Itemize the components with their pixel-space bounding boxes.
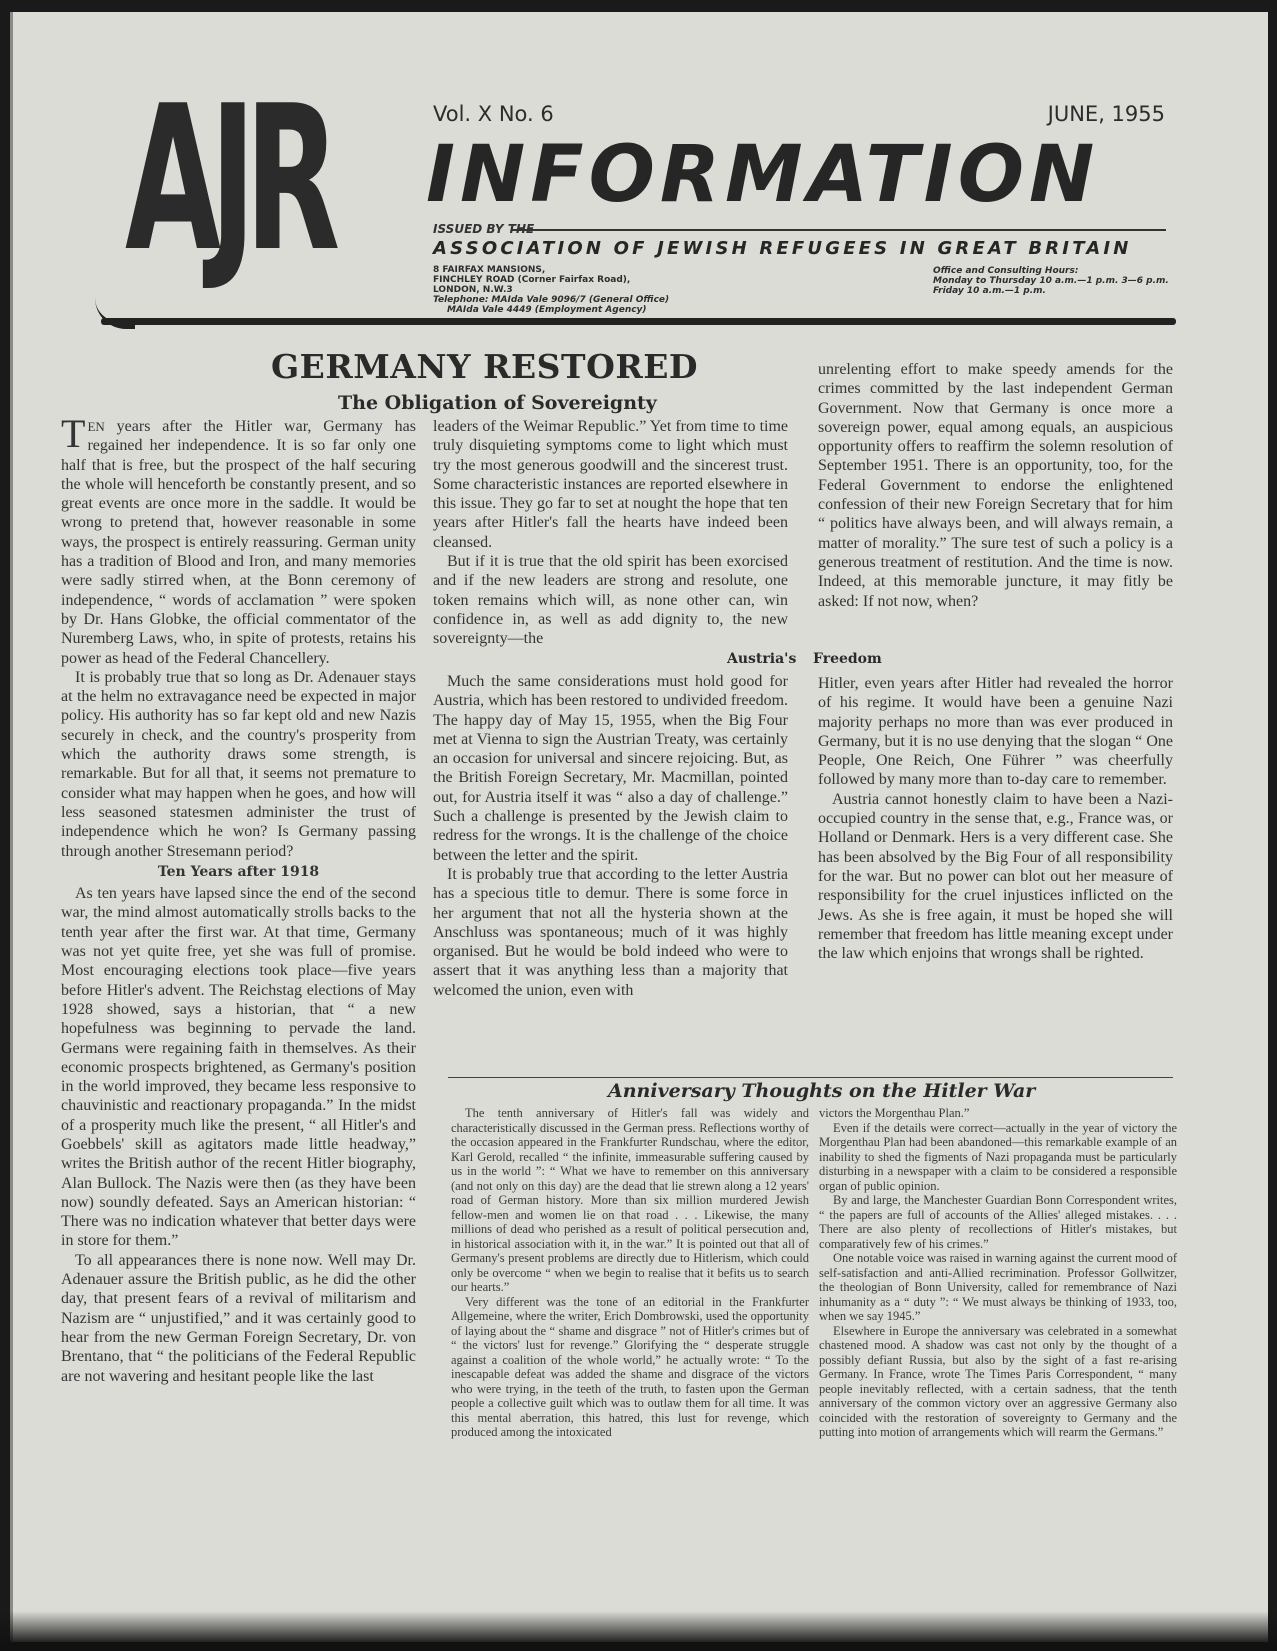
anniversary-column-2: victors the Morgenthau Plan.” Even if th… xyxy=(819,1106,1177,1440)
paragraph: By and large, the Manchester Guardian Bo… xyxy=(819,1193,1177,1251)
masthead-title: INFORMATION xyxy=(426,130,1099,220)
anniversary-column-1: The tenth anniversary of Hitler's fall w… xyxy=(451,1106,809,1440)
section-divider xyxy=(448,1077,1173,1078)
issued-by-rule xyxy=(511,229,1166,231)
office-hours: Office and Consulting Hours: Monday to T… xyxy=(933,266,1169,296)
article-column-3: unrelenting effort to make speedy amends… xyxy=(818,360,1173,611)
section-heading-part: Austria's xyxy=(727,651,796,667)
article-subheadline: The Obligation of Sovereignty xyxy=(338,392,657,414)
paragraph: Austria cannot honestly claim to have be… xyxy=(818,790,1173,964)
issue-date: JUNE, 1955 xyxy=(1048,102,1165,126)
page-edge-shadow xyxy=(0,1611,1277,1651)
paragraph: victors the Morgenthau Plan.” xyxy=(819,1106,1177,1121)
paragraph: Hitler, even years after Hitler had reve… xyxy=(818,674,1173,790)
paragraph: The tenth anniversary of Hitler's fall w… xyxy=(451,1106,809,1295)
anniversary-heading: Anniversary Thoughts on the Hitler War xyxy=(608,1080,1035,1102)
drop-cap: T xyxy=(61,419,85,449)
article-column-3-continued: Hitler, even years after Hitler had reve… xyxy=(818,674,1173,963)
address-line: LONDON, N.W.3 xyxy=(433,285,669,295)
paragraph: But if it is true that the old spirit ha… xyxy=(433,552,788,648)
paragraph: One notable voice was raised in warning … xyxy=(819,1251,1177,1324)
paragraph: It is probably true that so long as Dr. … xyxy=(61,668,416,861)
paragraph: Even if the details were correct—actuall… xyxy=(819,1121,1177,1194)
article-column-2-continued: Much the same considerations must hold g… xyxy=(433,672,788,1000)
paragraph: It is probably true that according to th… xyxy=(433,865,788,1000)
section-heading: Ten Years after 1918 xyxy=(61,863,416,882)
address-line: 8 FAIRFAX MANSIONS, xyxy=(433,265,669,275)
volume-number: Vol. X No. 6 xyxy=(433,102,554,126)
telephone-line: Telephone: MAIda Vale 9096/7 (General Of… xyxy=(433,295,669,305)
newspaper-page: AJR Vol. X No. 6 JUNE, 1955 INFORMATION … xyxy=(10,12,1268,1642)
paragraph: Very different was the tone of an editor… xyxy=(451,1295,809,1440)
paragraph: TEN years after the Hitler war, Germany … xyxy=(61,417,416,668)
paragraph: To all appearances there is none now. We… xyxy=(61,1251,416,1386)
hours-line: Friday 10 a.m.—1 p.m. xyxy=(933,286,1169,296)
ajr-logo: AJR xyxy=(125,100,311,260)
association-name: ASSOCIATION OF JEWISH REFUGEES IN GREAT … xyxy=(433,238,1132,259)
paragraph: unrelenting effort to make speedy amends… xyxy=(818,360,1173,611)
paragraph: Much the same considerations must hold g… xyxy=(433,672,788,865)
hours-line: Monday to Thursday 10 a.m.—1 p.m. 3—6 p.… xyxy=(933,276,1169,286)
hours-line: Office and Consulting Hours: xyxy=(933,266,1169,276)
paragraph: leaders of the Weimar Republic.” Yet fro… xyxy=(433,417,788,552)
address-line: FINCHLEY ROAD (Corner Fairfax Road), xyxy=(433,275,669,285)
masthead-rule xyxy=(101,318,1176,325)
article-column-2: leaders of the Weimar Republic.” Yet fro… xyxy=(433,417,788,649)
article-headline: GERMANY RESTORED xyxy=(271,347,698,386)
paragraph: As ten years have lapsed since the end o… xyxy=(61,884,416,1251)
article-column-1: TEN years after the Hitler war, Germany … xyxy=(61,417,416,1386)
telephone-line: MAIda Vale 4449 (Employment Agency) xyxy=(433,305,669,315)
paragraph: Elsewhere in Europe the anniversary was … xyxy=(819,1324,1177,1440)
address-block: 8 FAIRFAX MANSIONS, FINCHLEY ROAD (Corne… xyxy=(433,265,669,315)
section-heading-part: Freedom xyxy=(813,651,882,667)
